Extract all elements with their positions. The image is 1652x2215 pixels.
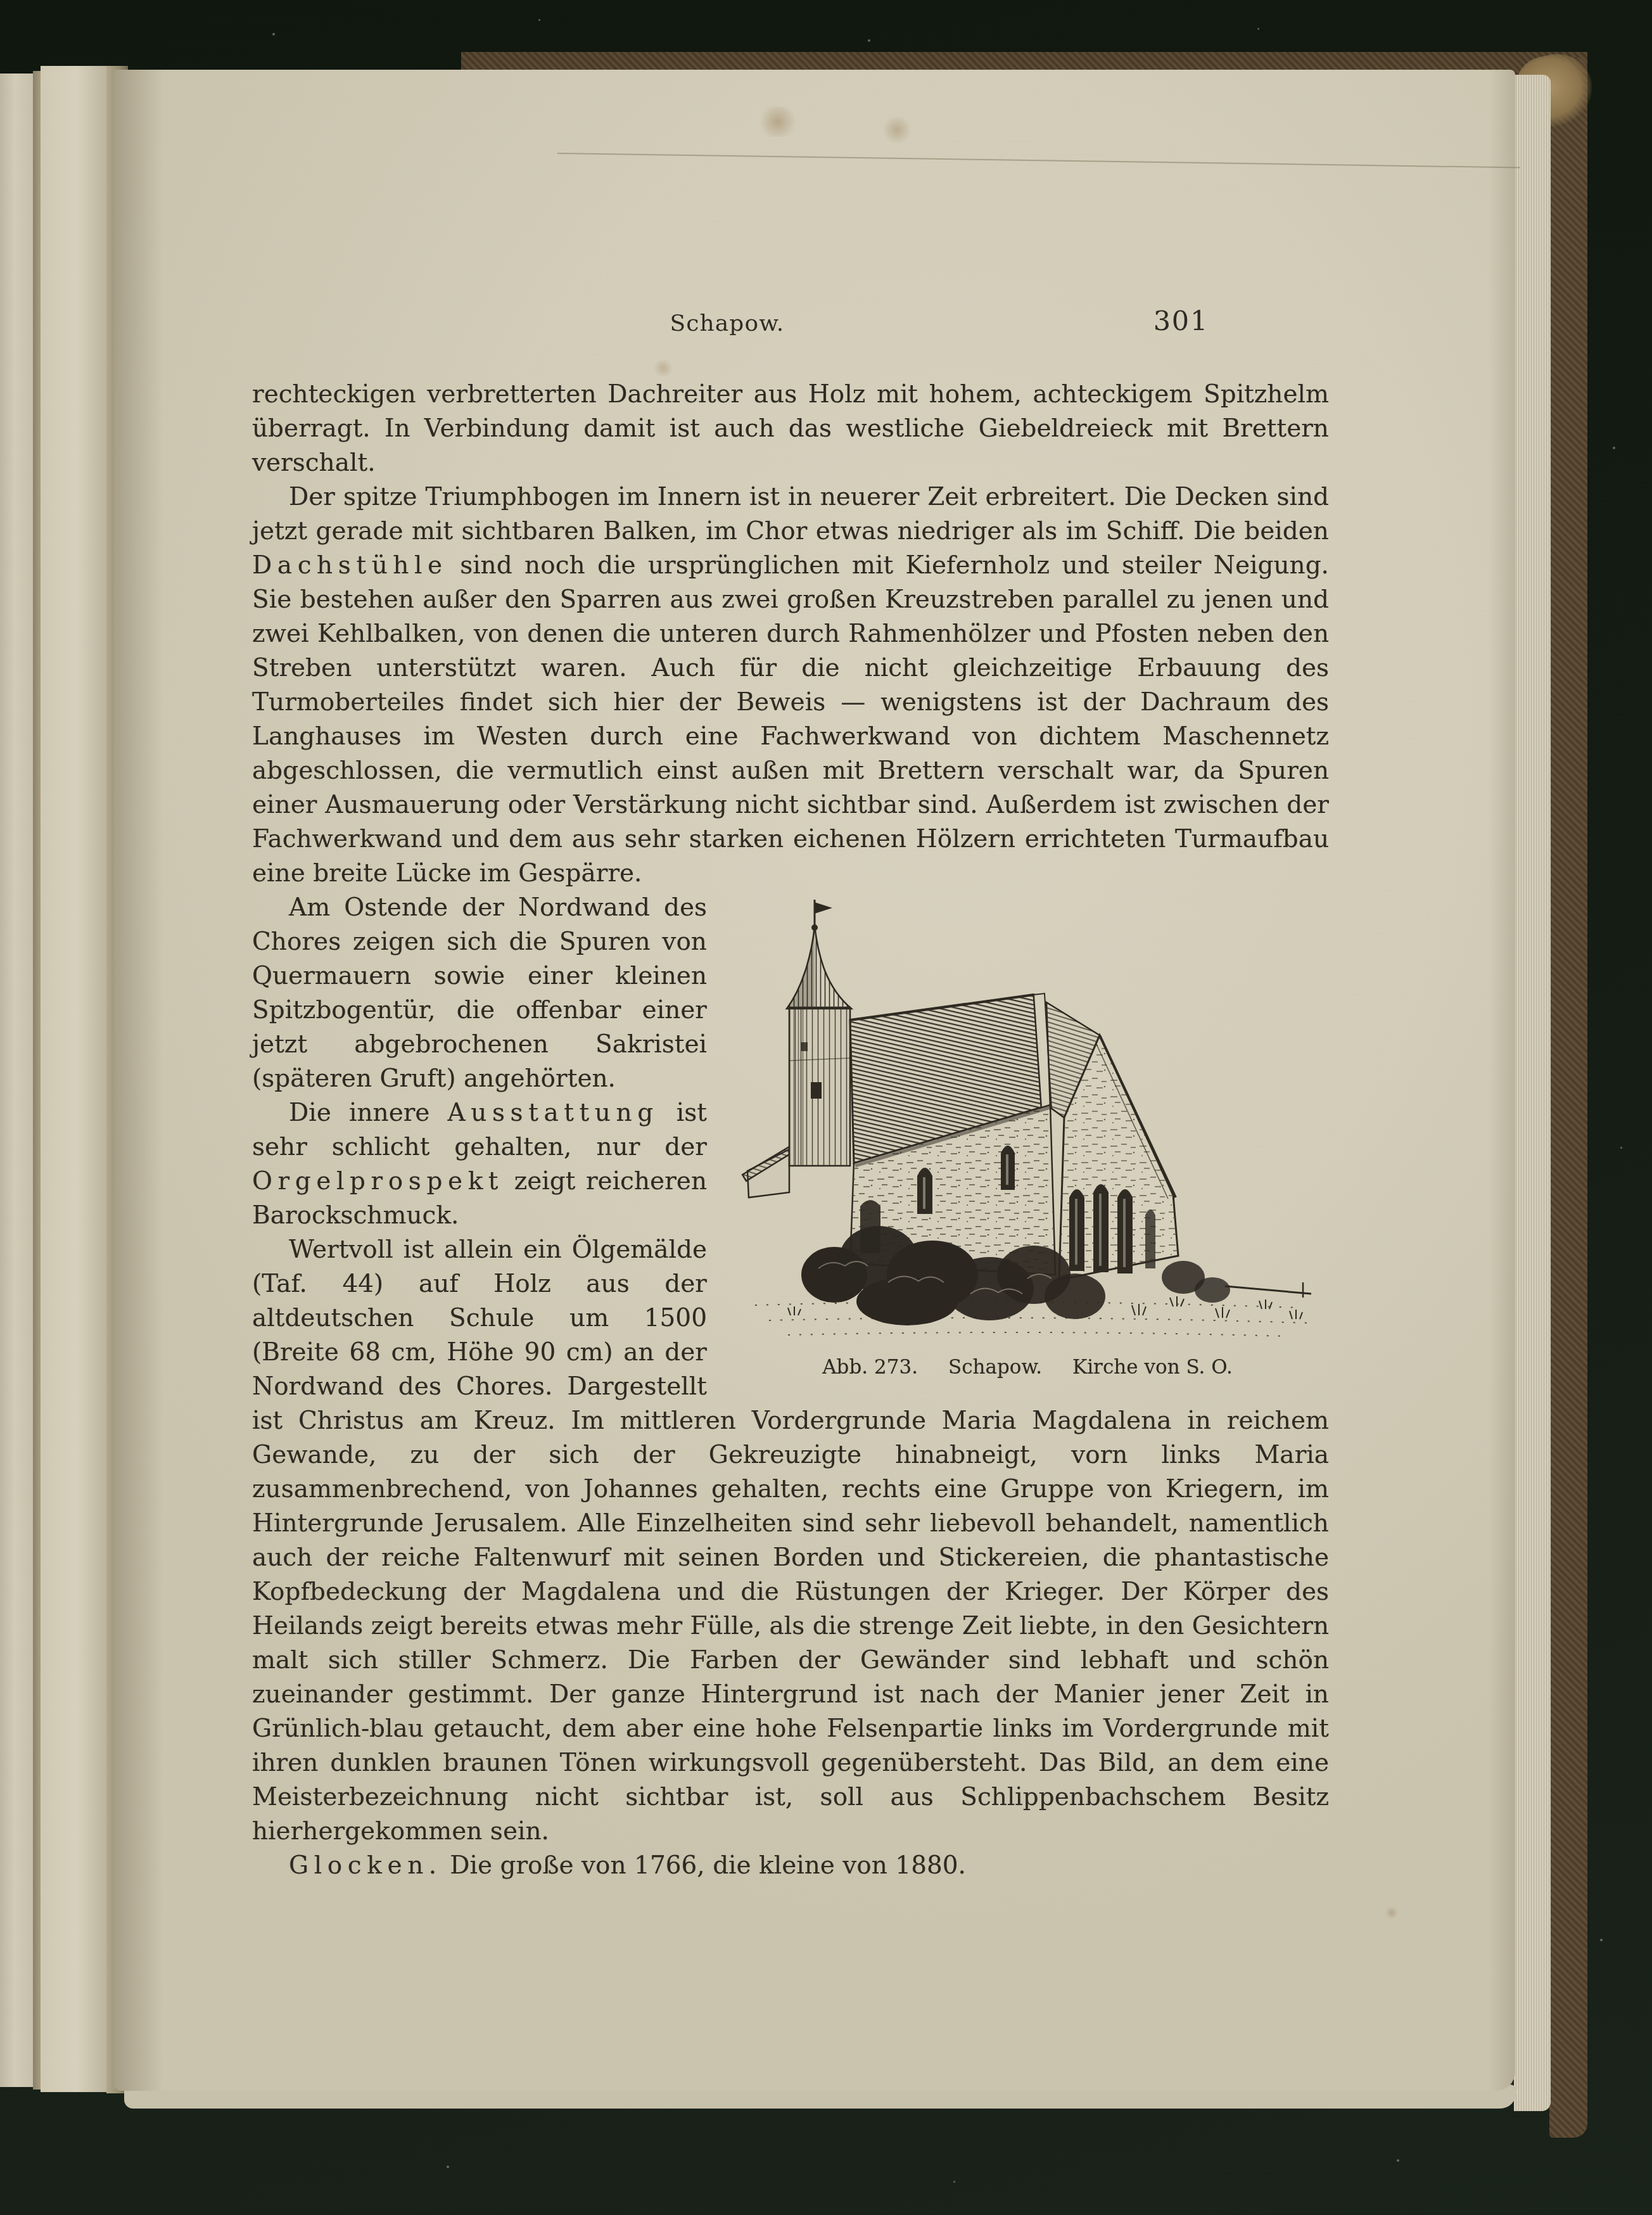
church-tower [789,1007,850,1166]
dust-speck [1620,1147,1622,1149]
foxing-spot [757,106,799,137]
gable-window [1117,1189,1133,1273]
dust-speck [1257,28,1259,30]
church-spire [787,900,851,1009]
fence-stick [1225,1282,1311,1298]
dust-speck [1397,2159,1399,2162]
dust-speck [1600,1939,1603,1941]
fore-edge-shadow [1489,70,1515,2091]
page-stack-slit [33,71,41,2090]
paragraph: rechteckigen verbretterten Dachreiter au… [252,378,1329,480]
dust-speck [953,2181,955,2183]
foxing-spot [882,117,912,143]
dust-speck [538,19,540,21]
dust-speck [868,39,870,42]
book-page: Schapow. 301 rechteckigen verbretterten … [114,70,1515,2091]
page-number: 301 [1153,305,1209,337]
page-top-crease [557,153,1520,169]
book-cover-right-edge [1549,57,1587,2138]
dust-speck [447,2166,449,2168]
foxing-spot [1385,1907,1399,1918]
page-fore-edge-stack [1514,75,1551,2111]
header-title: Schapow. [626,310,829,336]
foxing-spot [652,360,674,376]
figure-label: Abb. 273. [822,1356,918,1379]
figure-place: Schapow. [948,1356,1042,1379]
article-body: rechteckigen verbretterten Dachreiter au… [252,378,1329,1883]
page-stack-left-outer [0,73,33,2087]
nave-window [1001,1146,1015,1190]
page-stack-left-inner [41,66,106,2092]
gutter-shadow [114,70,163,2091]
dust-speck [1613,447,1615,449]
figure-caption: Abb. 273. Schapow. Kirche von S. O. [726,1355,1329,1380]
nave-window [917,1168,932,1214]
church-figure: Abb. 273. Schapow. Kirche von S. O. [726,895,1329,1380]
paragraph: Der spitze Triumphbogen im Innern ist in… [252,480,1329,891]
ground-strokes [755,1302,1307,1336]
annex [742,1147,789,1197]
weathervane [815,902,832,914]
dust-speck [272,33,275,35]
gable-window-small [1145,1210,1155,1268]
gable-window [1093,1184,1109,1272]
paragraph: Glocken. Die große von 1766, die kleine … [252,1849,1329,1883]
gable-window [1069,1189,1084,1271]
running-header: Schapow. 301 [252,310,1329,345]
figure-view: Kirche von S. O. [1072,1356,1233,1379]
church-illustration [730,895,1325,1338]
